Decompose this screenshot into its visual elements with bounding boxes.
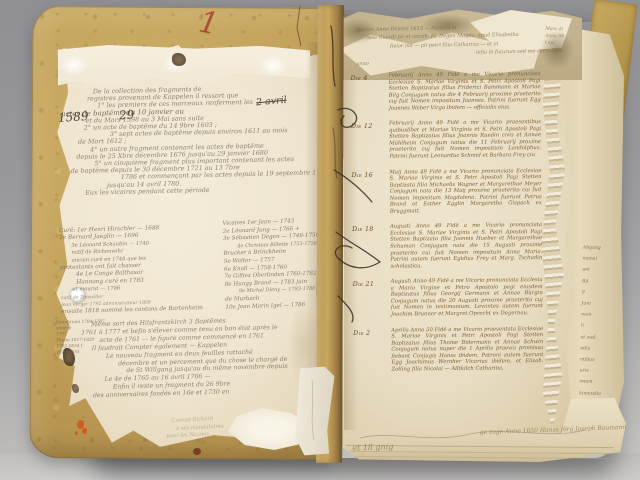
entry-text: Augusti Anno 49 Fidē a me Vicario pronun… xyxy=(390,222,542,269)
torn-edge-word-fragments: AbgangmanniumBA9Juninumliot swāndiantibu… xyxy=(579,242,627,400)
entry-day-label: Die 16 xyxy=(351,169,389,178)
archivist-note: De la collection des fragments deregistr… xyxy=(83,83,325,196)
register-entry: Die 16 Maij Anno 49 Fidē a me Vicario pr… xyxy=(351,168,551,216)
word-fragment: BA xyxy=(582,276,626,288)
edge-tear-dark xyxy=(72,384,79,393)
entry-text: Aprilis Anno 50 Fidē a me Vicario praese… xyxy=(391,326,543,373)
dark-red-spot xyxy=(193,448,201,455)
entry-day-label: Die 2 xyxy=(353,327,391,336)
entry-text: Februarij Anno 49 Fidē a me Vicario prae… xyxy=(389,119,541,160)
word-fragment: num xyxy=(581,310,625,322)
register-entry: Die 12 Februarij Anno 49 Fidē a me Vicar… xyxy=(351,119,551,160)
word-fragment: kinnindia xyxy=(579,388,623,400)
moisture-blob xyxy=(60,54,88,76)
entry-day-label: Die 21 xyxy=(353,279,391,288)
word-fragment: um xyxy=(582,265,626,277)
register-entry: Die 18 Augusti Anno 49 Fidē a me Vicario… xyxy=(352,222,552,270)
highlight-year-1589: 1589 xyxy=(58,109,89,125)
tear-hole xyxy=(172,53,186,66)
vicaire-list: Vicaires 1er Jean — 17432e Léonard Jung … xyxy=(222,217,329,312)
word-fragment: imum xyxy=(579,377,623,389)
baptism-entries: Die 4 Februarij Anno 49 Fidē a me Vicari… xyxy=(350,71,553,373)
moisture-blob xyxy=(258,55,288,77)
entry-text: Maij Anno 49 Fidē a me Vicario pronuncia… xyxy=(389,168,541,215)
register-entry: Die 2 Aprilis Anno 50 Fidē a me Vicario … xyxy=(353,325,553,373)
lower-note-block: Même sort des Hilsfrantzkirch 3 Baptêmes… xyxy=(91,315,325,401)
archival-register-scan: 1 De la collection des fragments deregis… xyxy=(0,0,640,480)
orange-wax-spot xyxy=(75,431,78,435)
entry-day-label: Die 18 xyxy=(352,224,390,233)
entry-day-label: Die 4 xyxy=(350,73,388,82)
entry-text: Februarij Anno 49 Fidē a me Vicario pron… xyxy=(388,71,540,112)
orange-wax-spot xyxy=(82,428,87,434)
word-fragment: ot swā xyxy=(580,332,624,344)
highlight-day-29: 29 xyxy=(119,108,135,123)
fragment-writing: Stetten Anno Domini 1615 — Niclaus etoss… xyxy=(356,22,569,68)
entry-text: Augusti Anno 49 Fidē a me Vicario pronun… xyxy=(391,277,543,318)
edge-top-fragments: Marc diAnno 98t spi xyxy=(545,26,616,50)
register-entry: Die 4 Februarij Anno 49 Fidē a me Vicari… xyxy=(350,71,550,112)
cure-list: Curé: 1er Henri Hirschler — 16882e Berna… xyxy=(59,224,211,317)
entry-day-label: Die 12 xyxy=(351,121,389,130)
register-entry: Die 21 Augusti Anno 49 Fidē a me Vicario… xyxy=(353,277,553,318)
